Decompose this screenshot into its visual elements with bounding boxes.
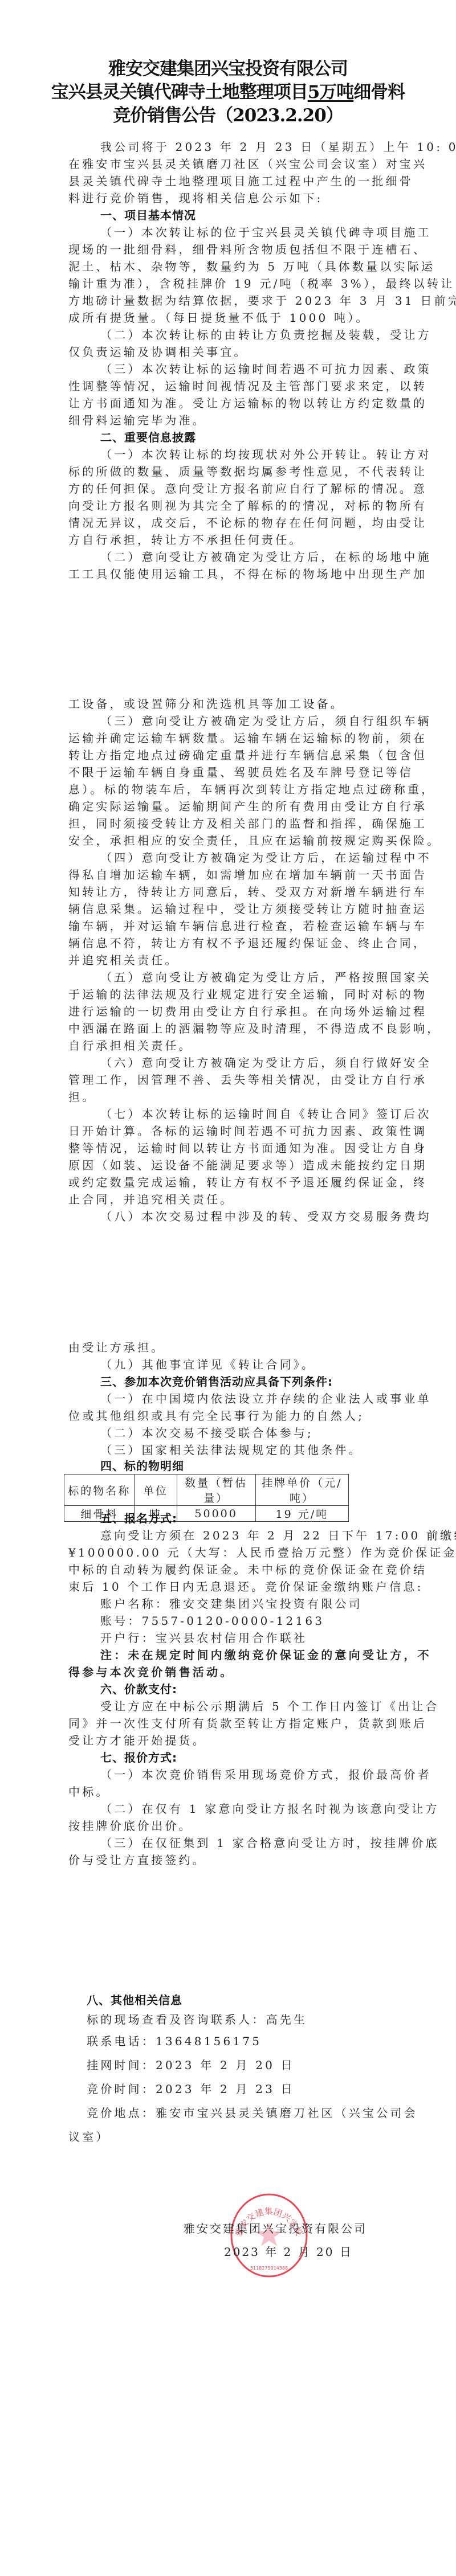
paragraph-line: 原因（如装、运设备不能满足要求等）造成未能按约定日期 — [68, 1157, 388, 1173]
intro-line: 在雅安市宝兴县灵关镇磨刀社区（兴宝公司会议室）对宝兴 — [68, 156, 388, 172]
section-heading: 三、参加本次竞价销售活动应具备下列条件: — [100, 1374, 388, 1390]
paragraph-line: 束后 10 个工作日内无息退还。竞价保证金缴纳账户信息: — [68, 1579, 388, 1595]
account-name: 账户名称：雅安交建集团兴宝投资有限公司 — [100, 1596, 388, 1612]
title-material-text: 细骨料 — [353, 82, 405, 103]
paragraph-line: 中标。 — [68, 1784, 388, 1800]
note-line: 得参与本次竞价销售活动。 — [68, 1664, 388, 1680]
paragraph-line: 知转让方，待转让方同意后，转、受双方对新增车辆进行车 — [68, 884, 388, 900]
paragraph-line: 不限于运输车辆自身重量、驾驶员姓名及车牌号登记等信 — [68, 764, 388, 780]
paragraph-line: 性调整等情况，运输时间视情况及主管部门要求来定，以转 — [68, 378, 388, 394]
paragraph-line: 情况无异议，成交后，不论标的物存在任何问题，均由受让 — [68, 515, 388, 531]
title-quantity-underlined: 5万吨 — [308, 82, 354, 103]
paragraph-line: 担，同时须接受转让方及相关部门的监督和指挥，确保施工 — [68, 816, 388, 832]
paragraph-line: 或约定数量完成运输，转让方有权不予退还履约保证金，终 — [68, 1174, 388, 1190]
paragraph-line: 仅负责运输及协调相关事宜。 — [68, 344, 388, 360]
section-heading: 六、价款支付: — [100, 1681, 388, 1697]
title-line-project: 宝兴县灵关镇代碑寺土地整理项目5万吨细骨料 — [0, 81, 456, 103]
signature-date: 2023 年 2 月 20 日 — [224, 2243, 353, 2259]
title-project-text: 宝兴县灵关镇代碑寺土地整理项目 — [51, 82, 308, 103]
paragraph-line: 辆信息不符，转让方有权不予退还履约保证金、终止合同， — [68, 935, 388, 951]
paragraph-line: （一）本次转让标的位于宝兴县灵关镇代碑寺项目施工 — [100, 224, 388, 240]
paragraph-line: 受让方应在中标公示期满后 5 个工作日内签订《出让合 — [100, 1698, 388, 1714]
paragraph-line: 转让方指定地点过磅确定重量并进行车辆信息采集（包含但 — [68, 747, 388, 763]
paragraph-line: （二）在仅有 1 家意向受让方报名时视为该意向受让方 — [100, 1801, 388, 1817]
contact-phone: 联系电话：13648156175 — [87, 2033, 406, 2049]
bid-location: 议室） — [68, 2129, 388, 2145]
paragraph-line: （五）意向受让方被确定为受让方后，严格按照国家关 — [100, 969, 388, 985]
paragraph-line: 方自行承担，转让方不承担任何责任。 — [68, 532, 388, 548]
paragraph-line: 运输并确定运输车辆数量。运输车辆在运输标的物前，须在 — [68, 730, 388, 746]
paragraph-line: 由受让方承担。 — [68, 1340, 388, 1355]
paragraph-line: 位或其他组织或具有完全民事行为能力的自然人; — [68, 1408, 388, 1424]
paragraph-line: 日开始计算。各标的运输时间若遇不可抗力因素、政策性调 — [68, 1123, 388, 1139]
section-heading: 二、重要信息披露 — [100, 429, 388, 445]
paragraph-line: （六）意向受让方被确定为受让方后，须自行做好安全 — [100, 1055, 388, 1071]
contact-person: 标的现场查看及咨询联系人：高先生 — [87, 2012, 406, 2028]
table-header-cell: 标的物名称 — [64, 1475, 135, 1506]
table-header-row: 标的物名称 单位 数量（暂估量） 挂牌单价（元/吨） — [64, 1475, 349, 1506]
paragraph-line: 输车辆，并对运输车辆信息进行检查，若检查运输车辆与车 — [68, 918, 388, 934]
paragraph-line: 方的任何担保。意向受让方报名前应自行了解标的情况。意 — [68, 481, 388, 497]
title-line-company: 雅安交建集团兴宝投资有限公司 — [0, 58, 456, 80]
paragraph-line: （一）本次竞价销售采用现场竞价方式，报价最高价者 — [100, 1767, 388, 1783]
section-heading: 七、报价方式: — [100, 1750, 388, 1766]
paragraph-line: （七）本次转让标的运输时间自《转让合同》签订后次 — [100, 1106, 388, 1122]
intro-line: 县灵关镇代碑寺土地整理项目施工过程中产生的一批细骨 — [68, 173, 388, 189]
paragraph-line: 安全，承担相应的安全责任，且应在运输前按规定购买保险。 — [68, 833, 388, 849]
paragraph-line: 同》并一次性支付所有货款至转让方指定账户，货款到账后 — [68, 1715, 388, 1731]
title-line-notice: 竞价销售公告（2023.2.20） — [0, 105, 456, 126]
paragraph-line: 担。 — [68, 1089, 388, 1105]
paragraph-line: （四）意向受让方被确定为受让方后，在运输过程中不 — [100, 850, 388, 866]
note-line: 注：未在规定时间内缴纳竞价保证金的意向受让方，不 — [100, 1647, 388, 1663]
paragraph-line: 按挂牌价底价出价。 — [68, 1818, 388, 1834]
paragraph-line: （八）本次交易过程中涉及的转、受双方交易服务费均 — [100, 1209, 388, 1224]
paragraph-line: 让方书面通知为准。受让方运输标的物以转让方约定数量的 — [68, 395, 388, 411]
paragraph-line: 标的所做的数量、质量等数据均属参考性意见，不代表转让 — [68, 464, 388, 480]
paragraph-line: （一）在中国境内依法设立并存续的企业法人或事业单 — [100, 1391, 388, 1407]
paragraph-line: 工工具仅能使用运输工具，不得在标的物场地中出现生产加 — [68, 566, 388, 582]
intro-line: 我公司将于 2023 年 2 月 23 日（星期五）上午 10: 00 — [100, 139, 388, 155]
section-heading: 八、其他相关信息 — [87, 1992, 374, 2008]
paragraph-line: 意向受让方须在 2023 年 2 月 22 日下午 17:00 前缴纳 — [100, 1527, 388, 1543]
paragraph-line: （二）意向受让方被确定为受让方后，在标的场地中施 — [100, 549, 388, 565]
section-heading: 四、标的物明细 — [100, 1458, 388, 1474]
paragraph-line: 工设备，或设置筛分和洗选机具等加工设备。 — [68, 696, 388, 712]
paragraph-line: 细骨料运输完毕为准。 — [68, 412, 388, 428]
paragraph-line: 方地磅计量数据为结算依据，要求于 2023 年 3 月 31 日前完 — [68, 293, 388, 309]
section-heading: 一、项目基本情况 — [100, 207, 388, 223]
table-header-cell: 数量（暂估量） — [177, 1475, 255, 1506]
section-heading: 五、报名方式: — [100, 1510, 388, 1526]
paragraph-line: （二）本次转让标的由转让方负责挖掘及装载，受让方 — [100, 327, 388, 343]
paragraph-line: 现场的一批细骨料，细骨料所含物质包括但不限于连槽石、 — [68, 241, 388, 257]
paragraph-line: （三）本次转让标的运输时间若遇不可抗力因素、政策 — [100, 361, 388, 377]
paragraph-line: （九）其他事宜详见《转让合同》。 — [100, 1357, 388, 1373]
posted-date: 挂网时间：2023 年 2 月 20 日 — [87, 2057, 406, 2073]
paragraph-line: 中洒漏在路面上的洒漏物等应及时清理，不得造成不良影响， — [68, 1021, 388, 1037]
bank-name: 开户行：宝兴县农村信用合作联社 — [100, 1630, 388, 1646]
seal-number: 5118275014388 — [250, 2266, 288, 2271]
signature-company: 雅安交建集团兴宝投资有限公司 — [184, 2219, 367, 2236]
paragraph-line: 整等情况，运输时间以转让方书面通知为准。因受让方自身 — [68, 1140, 388, 1156]
paragraph-line: 价与受让方直接签约。 — [68, 1852, 388, 1868]
bid-location: 竞价地点：雅安市宝兴县灵关镇磨刀社区（兴宝公司会 — [87, 2105, 406, 2121]
paragraph-line: 辆信息采集。运输过程中，受让方须接受转让方随时抽查运 — [68, 901, 388, 917]
paragraph-line: 自行承担相关责任。 — [68, 1038, 388, 1054]
account-number: 账号：7557-0120-0000-12163 — [100, 1613, 388, 1629]
paragraph-line: （一）本次转让标的均按现状对外公开转让。转让方对 — [100, 447, 388, 462]
paragraph-line: 受让方才能开始提货。 — [68, 1733, 388, 1748]
paragraph-line: 中标的自动转为履约保证金。未中标的竞价保证金在竞价结 — [68, 1562, 388, 1578]
paragraph-line: 并追究相关责任。 — [68, 952, 388, 968]
paragraph-line: ¥100000.00 元（大写：人民币壹拾万元整）作为竞价保证金， — [68, 1545, 388, 1561]
paragraph-line: 止合同，并追究相关责任。 — [68, 1191, 388, 1207]
paragraph-line: 确定实际运输量。运输期间产生的所有费用由受让方自行承 — [68, 798, 388, 814]
paragraph-line: （三）意向受让方被确定为受让方后，须自行组织车辆 — [100, 713, 388, 729]
paragraph-line: （三）在仅征集到 1 家合格意向受让方时，按挂牌价底 — [100, 1835, 388, 1851]
paragraph-line: 得私自增加运输车辆，如需增加应在增加车辆前一天书面告 — [68, 867, 388, 883]
table-header-cell: 挂牌单价（元/吨） — [255, 1475, 348, 1506]
table-header-cell: 单位 — [135, 1475, 177, 1506]
paragraph-line: 泥土、枯木、杂物等，数量约为 5 万吨（具体数量以实际运 — [68, 259, 388, 275]
paragraph-line: 于运输的法律法规及行业规定进行安全运输，同时对标的物 — [68, 986, 388, 1002]
intro-line: 料进行竞价销售，现将相关信息公示如下: — [68, 190, 388, 206]
bid-date: 竞价时间：2023 年 2 月 23 日 — [87, 2081, 406, 2097]
paragraph-line: （三）国家相关法律法规规定的其他条件。 — [100, 1442, 388, 1458]
paragraph-line: 息）。标的物装车后，车辆再次到转让方指定地点过磅称重， — [68, 781, 388, 797]
paragraph-line: 进行运输的一切费用由受让方自行承担。在向场外运输过程 — [68, 1004, 388, 1019]
paragraph-line: 输计重为准），含税挂牌价 19 元/吨（税率 3%），最终以转让 — [68, 276, 388, 292]
paragraph-line: 向受让方报名则视为其完全了解标的的情况，对标的物所有 — [68, 498, 388, 514]
paragraph-line: （二）本次交易不接受联合体参与; — [100, 1425, 388, 1441]
paragraph-line: 管理工作，因管理不善、丢失等相关情况，由受让方自行承 — [68, 1072, 388, 1088]
paragraph-line: 成所有提货量。（每日提货量不低于 1000 吨）。 — [68, 310, 388, 326]
